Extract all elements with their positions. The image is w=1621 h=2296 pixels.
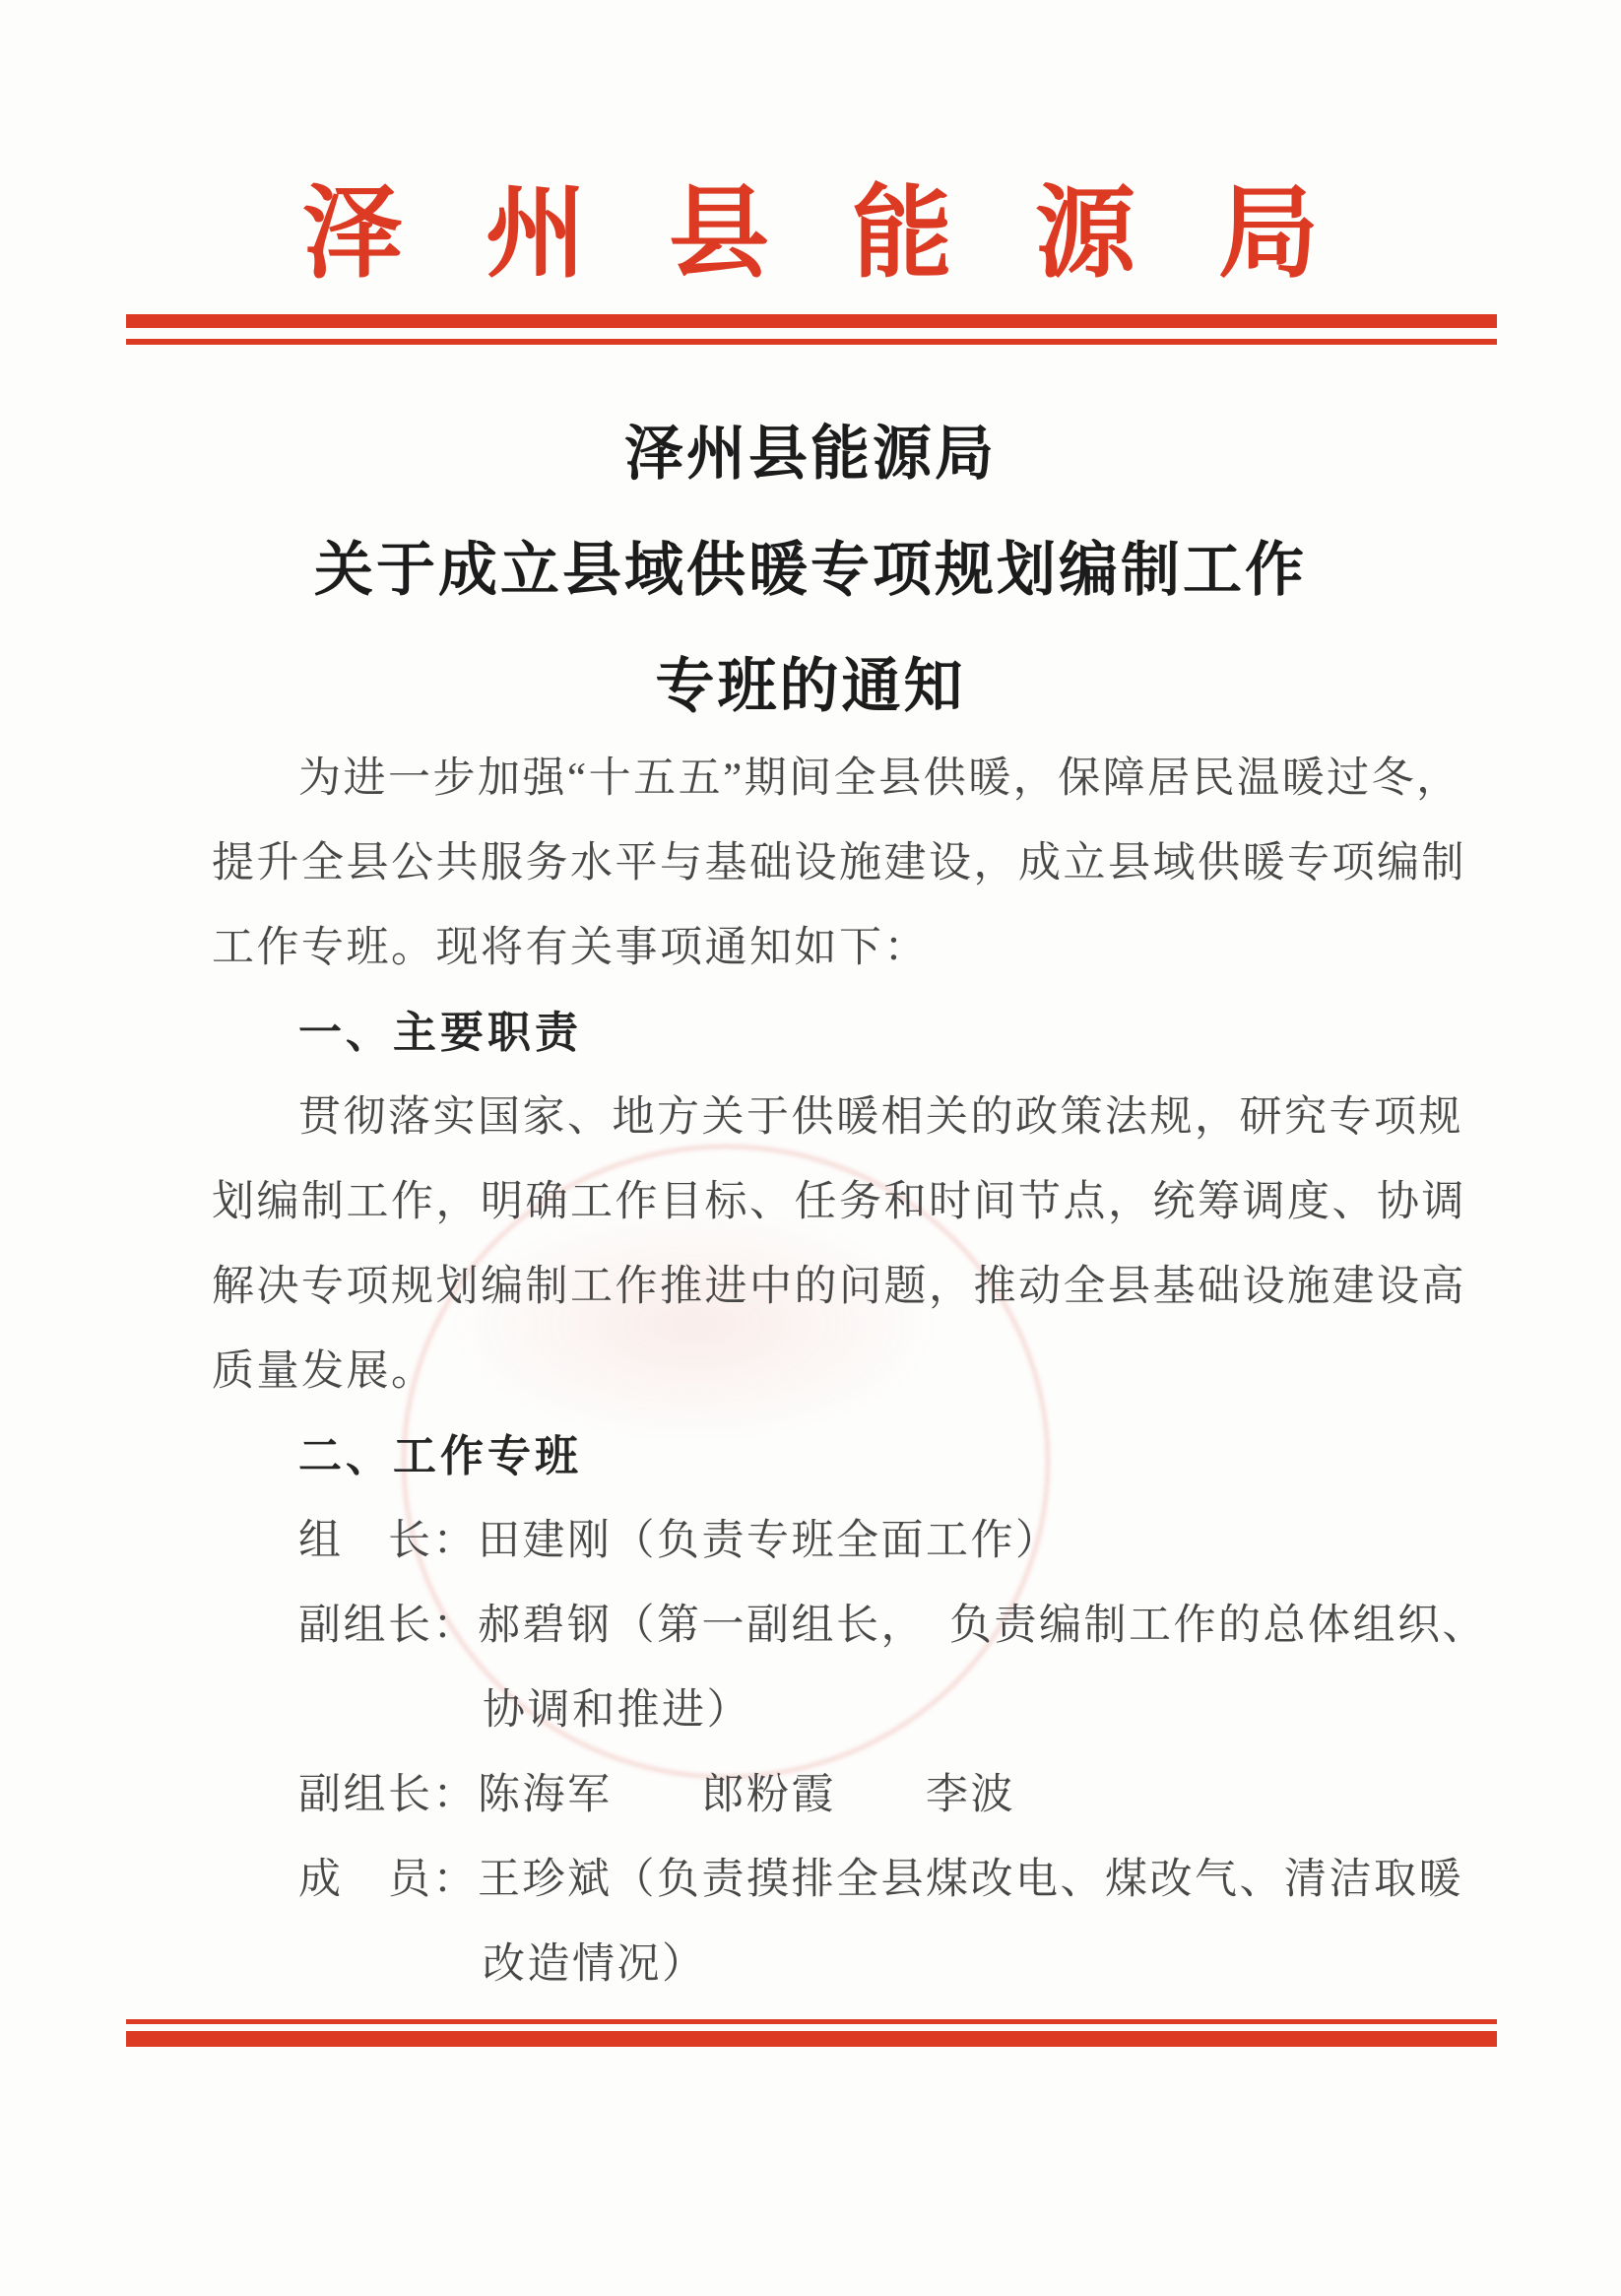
body-line: 为进一步加强“十五五”期间全县供暖，保障居民温暖过冬， [212, 737, 1421, 821]
document-page: 泽州县能源局 泽州县能源局 关于成立县域供暖专项规划编制工作 专班的通知 为进一… [0, 0, 1621, 2296]
document-title: 泽州县能源局 关于成立县域供暖专项规划编制工作 专班的通知 [0, 396, 1621, 745]
section-heading-2: 二、工作专班 [212, 1414, 1421, 1499]
document-body: 为进一步加强“十五五”期间全县供暖，保障居民温暖过冬， 提升全县公共服务水平与基… [212, 737, 1421, 2007]
body-line: 贯彻落实国家、地方关于供暖相关的政策法规，研究专项规 [212, 1076, 1421, 1160]
masthead-rule-thin [126, 339, 1497, 345]
title-line-3: 专班的通知 [0, 628, 1621, 745]
agency-masthead: 泽州县能源局 [0, 154, 1621, 297]
title-line-1: 泽州县能源局 [0, 396, 1621, 512]
footer-rule-thick [126, 2031, 1497, 2047]
section-heading-1: 一、主要职责 [212, 991, 1421, 1076]
body-line: 工作专班。现将有关事项通知如下： [212, 906, 1421, 991]
masthead-rule-thick [126, 314, 1497, 328]
roster-line-deputy-1: 副组长：郝碧钢（第一副组长， 负责编制工作的总体组织、 [212, 1584, 1421, 1669]
title-line-2: 关于成立县域供暖专项规划编制工作 [0, 512, 1621, 628]
roster-line-continuation: 协调和推进） [212, 1669, 1421, 1753]
body-line: 提升全县公共服务水平与基础设施建设，成立县域供暖专项编制 [212, 821, 1421, 906]
roster-line-continuation: 改造情况） [212, 1923, 1421, 2007]
roster-line-deputy-2: 副组长：陈海军 郎粉霞 李波 [212, 1753, 1421, 1838]
body-line: 质量发展。 [212, 1330, 1421, 1414]
roster-line-leader: 组 长：田建刚（负责专班全面工作） [212, 1499, 1421, 1584]
body-line: 解决专项规划编制工作推进中的问题，推动全县基础设施建设高 [212, 1245, 1421, 1330]
footer-rule-thin [126, 2019, 1497, 2024]
roster-line-member: 成 员：王珍斌（负责摸排全县煤改电、煤改气、清洁取暖 [212, 1838, 1421, 1923]
body-line: 划编制工作，明确工作目标、任务和时间节点，统筹调度、协调 [212, 1160, 1421, 1245]
